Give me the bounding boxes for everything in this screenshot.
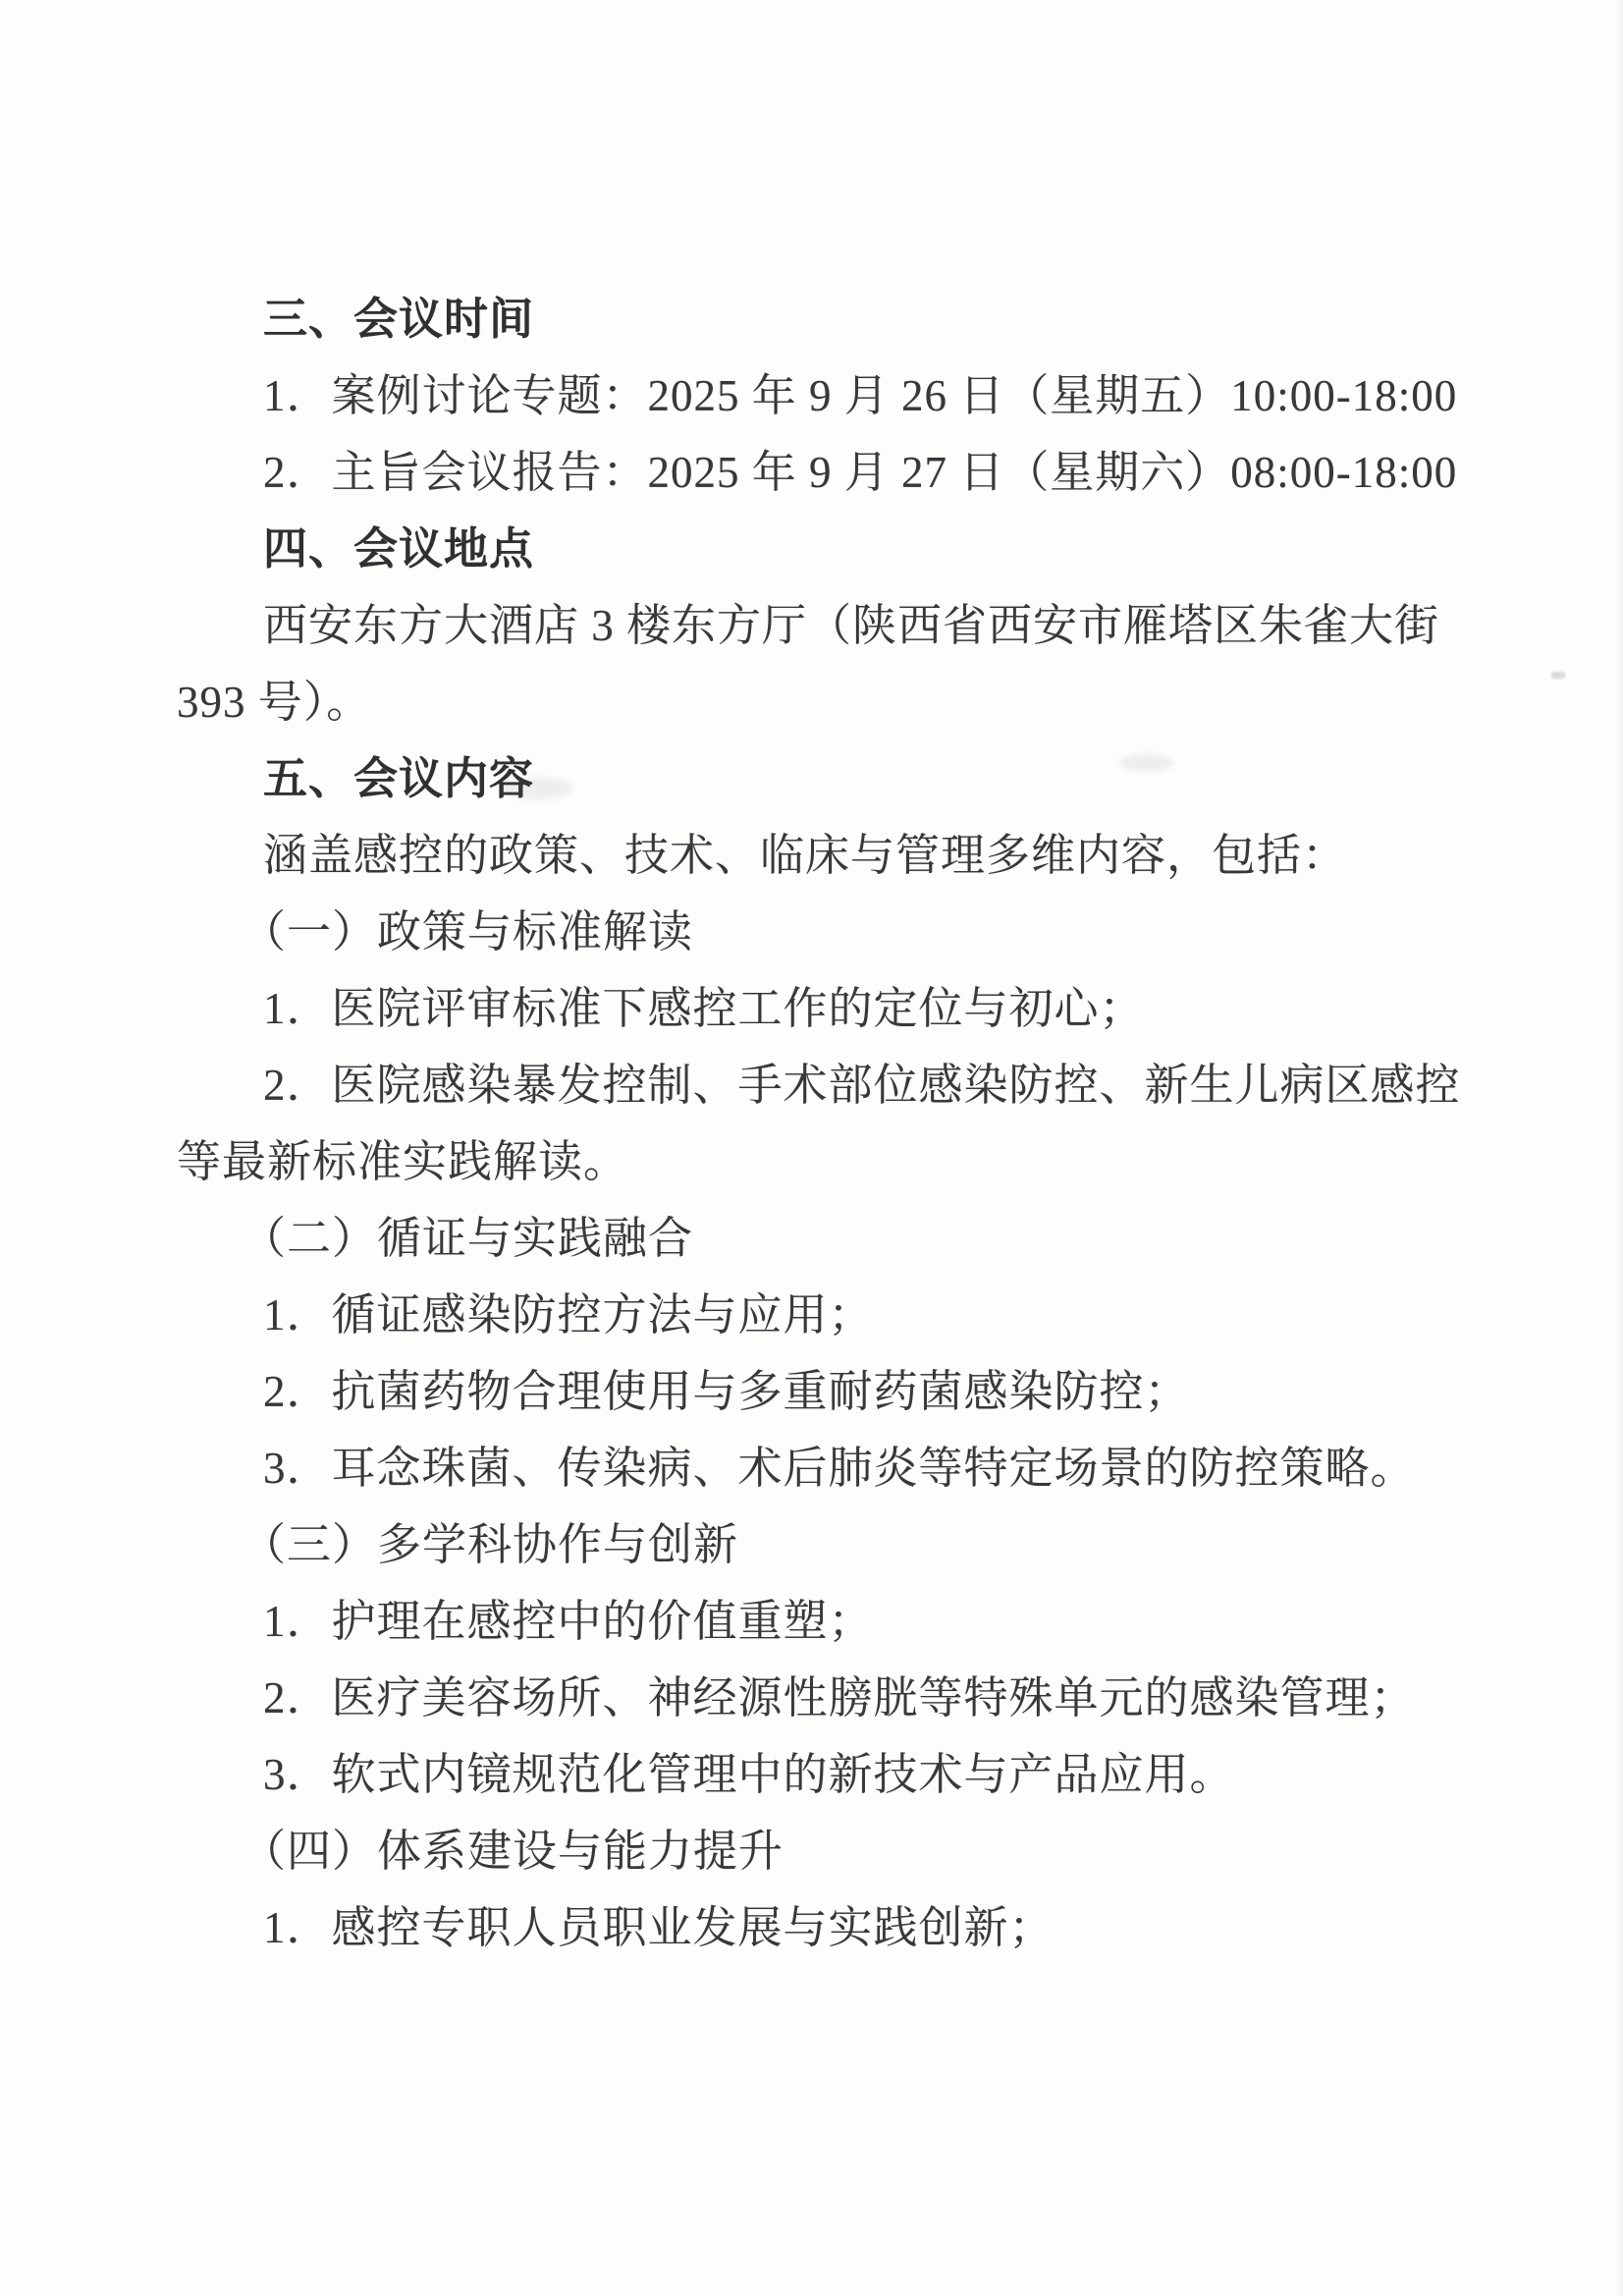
content-intro: 涵盖感控的政策、技术、临床与管理多维内容，包括： [177, 817, 1532, 894]
venue-line-2: 393 号）。 [177, 664, 1532, 740]
subsection-1-heading: （一）政策与标准解读 [177, 894, 1532, 970]
meeting-time-item-1: 1．案例讨论专题：2025 年 9 月 26 日（星期五）10:00-18:00 [177, 357, 1532, 434]
subsection-2-item-1: 1．循证感染防控方法与应用； [177, 1277, 1532, 1353]
subsection-4-heading: （四）体系建设与能力提升 [177, 1813, 1532, 1889]
subsection-3-item-2: 2．医疗美容场所、神经源性膀胱等特殊单元的感染管理； [177, 1660, 1532, 1736]
subsection-1-item-1: 1．医院评审标准下感控工作的定位与初心； [177, 970, 1532, 1047]
document-page: 三、会议时间1．案例讨论专题：2025 年 9 月 26 日（星期五）10:00… [0, 0, 1623, 2296]
section-heading-meeting-venue: 四、会议地点 [177, 511, 1532, 587]
subsection-3-item-1: 1．护理在感控中的价值重塑； [177, 1583, 1532, 1660]
scan-mark-artifact [1551, 672, 1565, 679]
subsection-3-heading: （三）多学科协作与创新 [177, 1506, 1532, 1583]
section-heading-meeting-content: 五、会议内容 [177, 740, 1532, 817]
subsection-1-item-2-line-2: 等最新标准实践解读。 [177, 1123, 1532, 1200]
subsection-2-heading: （二）循证与实践融合 [177, 1200, 1532, 1277]
subsection-1-item-2-line-1: 2．医院感染暴发控制、手术部位感染防控、新生儿病区感控 [177, 1047, 1532, 1123]
subsection-2-item-2: 2．抗菌药物合理使用与多重耐药菌感染防控； [177, 1353, 1532, 1430]
meeting-time-item-2: 2．主旨会议报告：2025 年 9 月 27 日（星期六）08:00-18:00 [177, 434, 1532, 511]
section-heading-meeting-time: 三、会议时间 [177, 281, 1532, 357]
document-body: 三、会议时间1．案例讨论专题：2025 年 9 月 26 日（星期五）10:00… [177, 281, 1532, 1966]
subsection-3-item-3: 3．软式内镜规范化管理中的新技术与产品应用。 [177, 1736, 1532, 1813]
subsection-2-item-3: 3．耳念珠菌、传染病、术后肺炎等特定场景的防控策略。 [177, 1430, 1532, 1506]
venue-line-1: 西安东方大酒店 3 楼东方厅（陕西省西安市雁塔区朱雀大街 [177, 587, 1532, 664]
subsection-4-item-1: 1．感控专职人员职业发展与实践创新； [177, 1889, 1532, 1966]
